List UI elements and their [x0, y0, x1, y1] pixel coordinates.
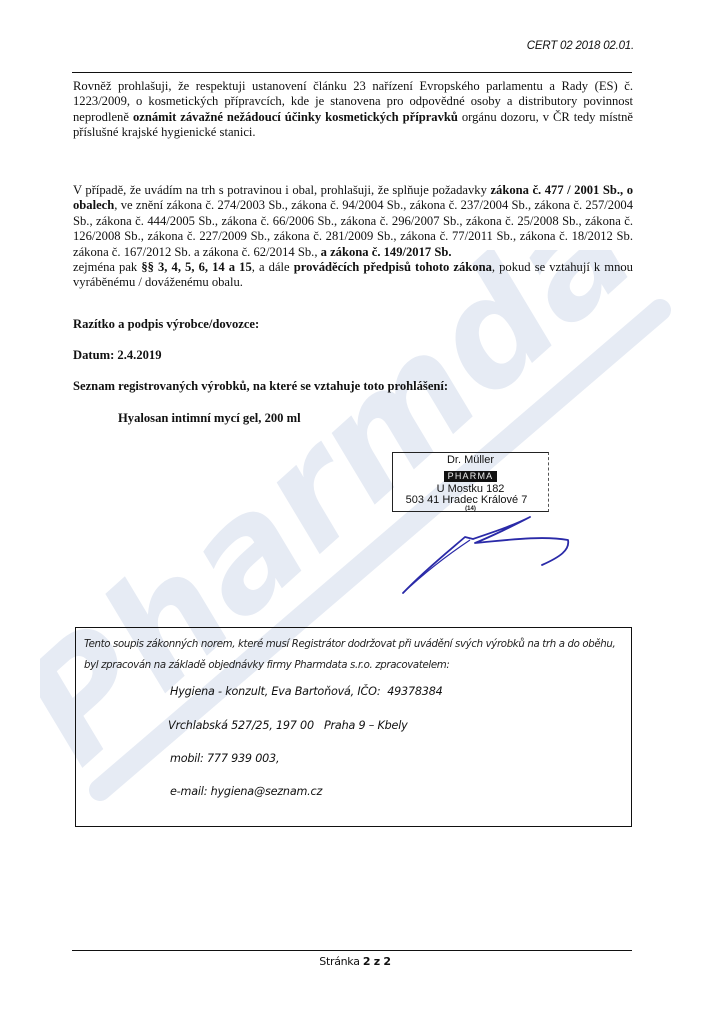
product-item: Hyalosan intimní mycí gel, 200 ml [118, 411, 301, 426]
stamp-line: Dr. Müller [393, 454, 548, 466]
date-label: Datum: 2.4.2019 [73, 348, 162, 363]
processor-company: Hygiena - konzult, Eva Bartoňová, IČO: 4… [170, 685, 443, 698]
signature-icon [380, 515, 610, 595]
processor-mobile: mobil: 777 939 003, [170, 752, 279, 765]
paragraph-text: zejména pak [73, 260, 141, 274]
company-stamp: Dr. Müller PHARMA U Mostku 182 503 41 Hr… [392, 452, 549, 512]
paragraph-bold-text: §§ 3, 4, 5, 6, 14 a 15 [141, 260, 251, 274]
info-intro-text: Tento soupis zákonných norem, které musí… [84, 634, 629, 676]
paragraph-bold-text: a zákona č. 149/2017 Sb. [321, 245, 452, 259]
stamp-line: (14) [393, 506, 548, 512]
paragraph-bold-text: prováděcích předpisů tohoto zákona [294, 260, 492, 274]
page-label: Stránka [319, 955, 363, 968]
page-separator: z [370, 955, 383, 968]
footer-divider [72, 950, 632, 951]
processor-info-box: Tento soupis zákonných norem, které musí… [75, 627, 632, 827]
document-code: CERT 02 2018 02.01. [527, 40, 634, 52]
registered-products-label: Seznam registrovaných výrobků, na které … [73, 379, 448, 394]
responsibility-paragraph: Rovněž prohlašuji, že respektuji ustanov… [73, 79, 633, 141]
processor-address: Vrchlabská 527/25, 197 00 Praha 9 – Kbel… [168, 719, 408, 732]
paragraph-text: V případě, že uvádím na trh s potravinou… [73, 183, 490, 197]
page-footer: Stránka 2 z 2 [0, 955, 710, 968]
handwritten-signature [380, 515, 610, 595]
packaging-law-paragraph: V případě, že uvádím na trh s potravinou… [73, 183, 633, 291]
stamp-line: 503 41 Hradec Králové 7 [385, 495, 548, 506]
stamp-signature-label: Razítko a podpis výrobce/dovozce: [73, 317, 259, 332]
paragraph-text: , a dále [252, 260, 294, 274]
header-divider [72, 72, 632, 73]
stamp-line: PHARMA [444, 471, 498, 482]
processor-email: e-mail: hygiena@seznam.cz [170, 785, 322, 798]
paragraph-bold-text: oznámit závažné nežádoucí účinky kosmeti… [133, 110, 458, 124]
page-total: 2 [383, 955, 390, 968]
document-page: Pharmdata s.r.o. CERT 02 2018 02.01. Rov… [0, 0, 710, 1024]
